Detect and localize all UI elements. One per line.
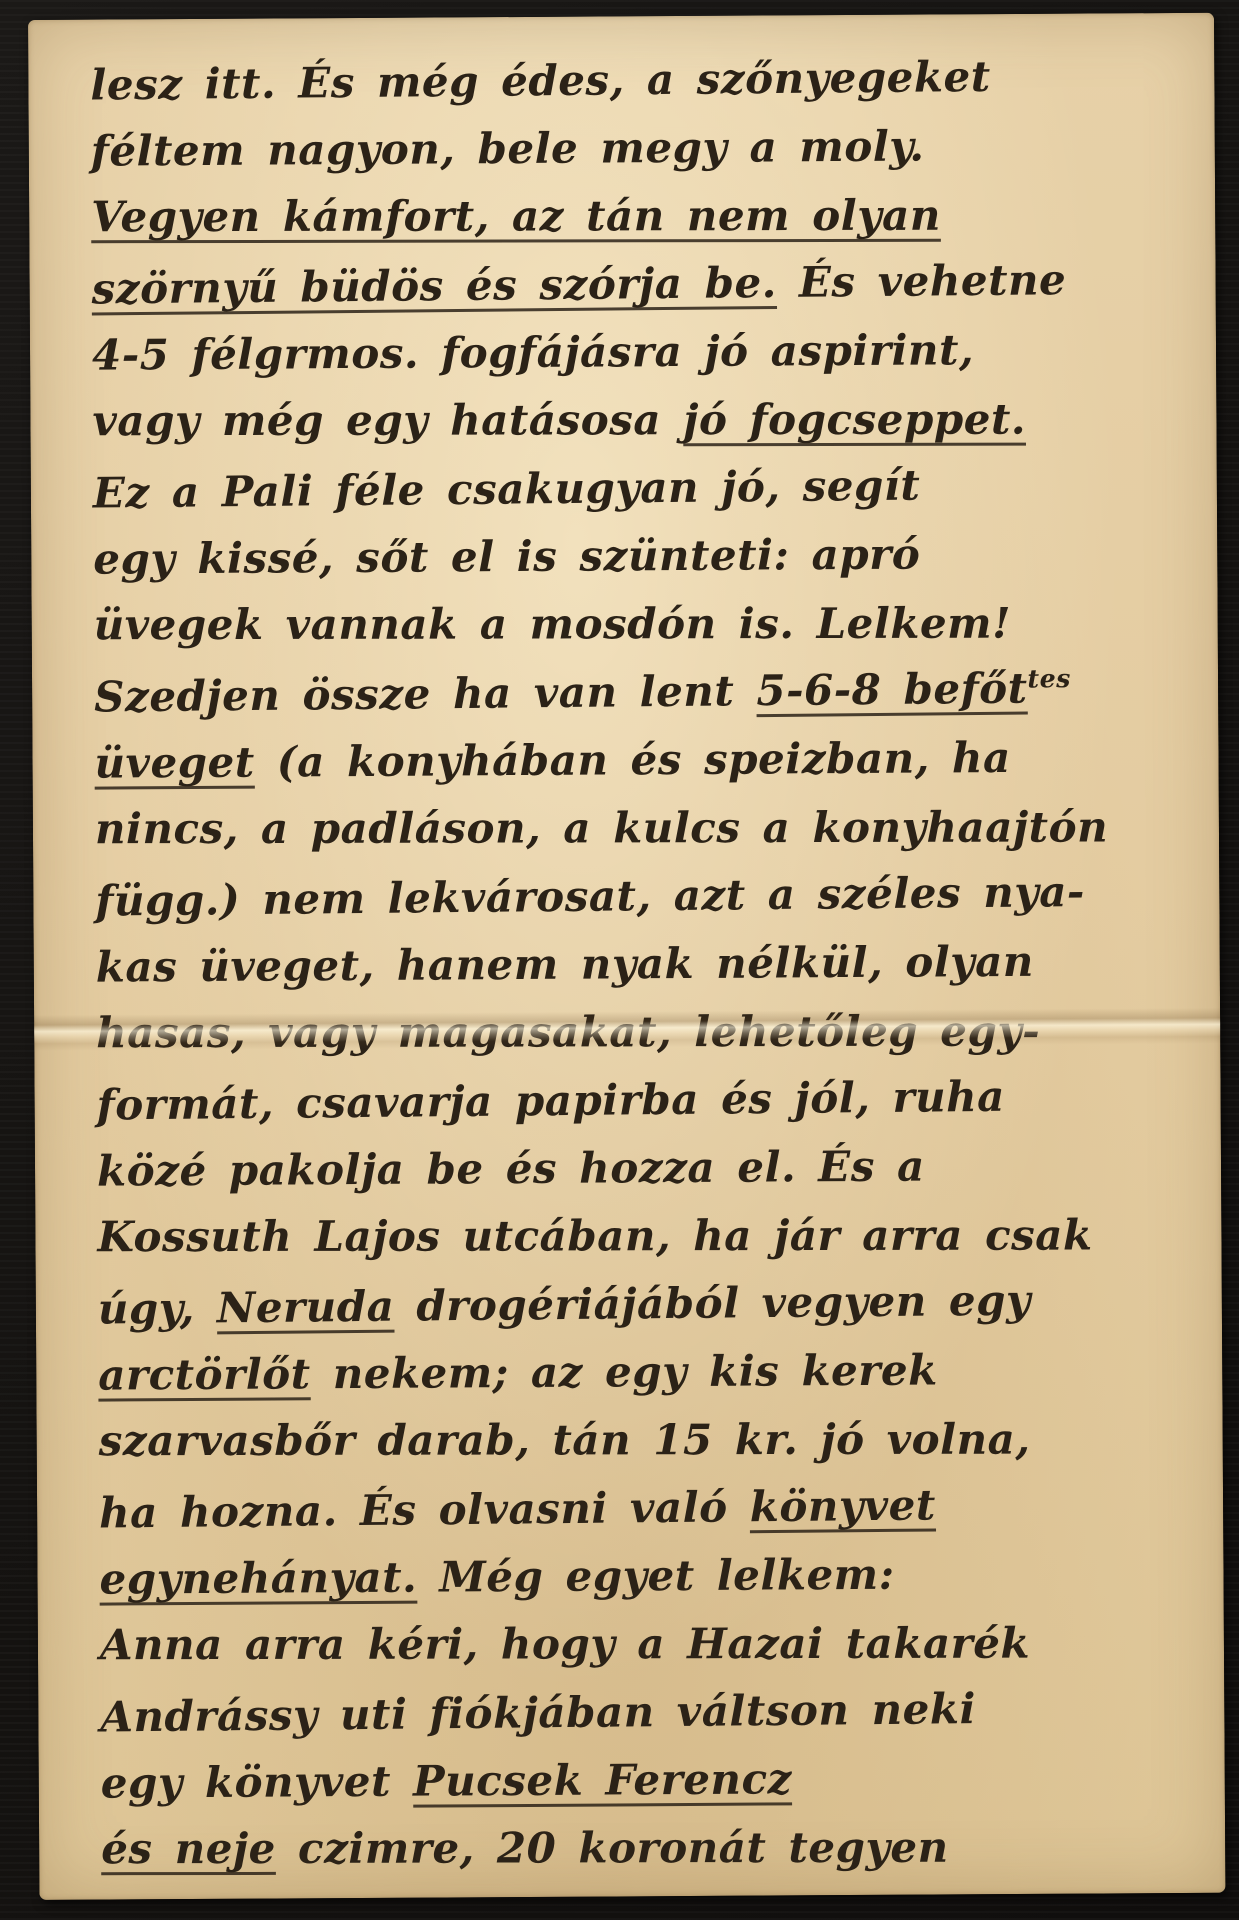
letter-text-segment: egy kissé, sőt el is szünteti: apró bbox=[93, 530, 920, 584]
letter-page: lesz itt. És még édes, a szőnyegeketfélt… bbox=[28, 13, 1225, 1900]
letter-text-segment: üvegek vannak a mosdón is. Lelkem! bbox=[94, 599, 1011, 650]
letter-text-segment: és neje bbox=[101, 1824, 276, 1873]
letter-line: Ez a Pali féle csakugyan jó, segít bbox=[93, 449, 1184, 527]
letter-text-segment: drogériájából vegyen egy bbox=[394, 1276, 1031, 1331]
letter-line: nincs, a padláson, a kulcs a konyhaajtón bbox=[95, 793, 1185, 863]
letter-text-segment: egy könyvet bbox=[101, 1757, 414, 1808]
letter-text-segment: nekem; az egy kis kerek bbox=[310, 1345, 937, 1398]
letter-line: úgy, Neruda drogériájából vegyen egy bbox=[98, 1265, 1189, 1343]
letter-text-segment: féltem nagyon, bele megy a moly. bbox=[91, 122, 925, 176]
letter-line: 4-5 félgrmos. fogfájásra jó aspirint, bbox=[92, 315, 1182, 390]
letter-text-segment: (a konyhában és speizban, ha bbox=[255, 733, 1011, 787]
letter-text-segment: könyvet bbox=[749, 1480, 936, 1531]
letter-text-segment: 4-5 félgrmos. fogfájásra jó aspirint, bbox=[92, 325, 974, 379]
letter-text-segment: közé pakolja be és hozza el. És a bbox=[97, 1142, 925, 1196]
letter-text-segment: jó fogcseppet. bbox=[683, 395, 1026, 445]
letter-line: szörnyű büdös és szórja be. És vehetne bbox=[91, 245, 1182, 323]
letter-line: ha hozna. És olvasni való könyvet bbox=[99, 1469, 1190, 1547]
letter-line: Kossuth Lajos utcában, ha jár arra csak bbox=[97, 1201, 1187, 1271]
letter-text-segment: Neruda bbox=[217, 1282, 395, 1333]
letter-line: kas üveget, hanem nyak nélkül, olyan bbox=[96, 927, 1186, 1002]
letter-text-segment: Pucsek Ferencz bbox=[413, 1754, 792, 1805]
letter-text-segment: hasas, vagy magasakat, lehetőleg egy- bbox=[96, 1007, 1040, 1058]
letter-text-segment: egynehányat. bbox=[99, 1553, 417, 1604]
letter-line: Szedjen össze ha van lent 5-6-8 befőttes bbox=[94, 653, 1185, 731]
letter-text-segment: úgy, bbox=[98, 1283, 218, 1333]
letter-lines: lesz itt. És még édes, a szőnyegeketfélt… bbox=[28, 13, 1225, 1900]
letter-text-segment: üveget bbox=[94, 738, 254, 788]
letter-line: szarvasbőr darab, tán 15 kr. jó volna, bbox=[99, 1405, 1189, 1475]
letter-text-segment: szörnyű büdös és szórja be. bbox=[91, 258, 777, 314]
letter-line: és neje czimre, 20 koronát tegyen bbox=[101, 1813, 1191, 1883]
letter-line: vagy még egy hatásosa jó fogcseppet. bbox=[92, 385, 1182, 455]
letter-line: lesz itt. És még édes, a szőnyegeket bbox=[90, 41, 1181, 119]
letter-text-segment: tes bbox=[1027, 663, 1071, 693]
letter-text-segment: formát, csavarja papirba és jól, ruha bbox=[96, 1072, 1005, 1130]
letter-line: egy kissé, sőt el is szünteti: apró bbox=[93, 519, 1183, 594]
letter-line: közé pakolja be és hozza el. És a bbox=[97, 1131, 1187, 1206]
letter-text-segment: ha hozna. És olvasni való bbox=[99, 1482, 750, 1537]
letter-line: arctörlőt nekem; az egy kis kerek bbox=[98, 1335, 1188, 1410]
letter-text-segment: Vegyen kámfort, az tán nem olyan bbox=[91, 191, 941, 241]
letter-line: egynehányat. Még egyet lelkem: bbox=[99, 1539, 1189, 1614]
letter-text-segment: Anna arra kéri, hogy a Hazai takarék bbox=[100, 1619, 1030, 1670]
letter-text-segment: Kossuth Lajos utcában, ha jár arra csak bbox=[97, 1210, 1092, 1261]
letter-line: egy könyvet Pucsek Ferencz bbox=[101, 1743, 1191, 1818]
letter-text-segment: kas üveget, hanem nyak nélkül, olyan bbox=[96, 937, 1034, 992]
letter-text-segment: vagy még egy hatásosa bbox=[92, 395, 683, 445]
letter-text-segment: lesz itt. És még édes, a szőnyegeket bbox=[90, 52, 991, 110]
letter-text-segment: És vehetne bbox=[777, 255, 1067, 307]
letter-line: Vegyen kámfort, az tán nem olyan bbox=[91, 181, 1181, 251]
letter-text-segment: arctörlőt bbox=[98, 1349, 311, 1399]
letter-text-segment: nincs, a padláson, a kulcs a konyhaajtón bbox=[95, 802, 1108, 853]
letter-line: formát, csavarja papirba és jól, ruha bbox=[96, 1061, 1187, 1139]
letter-text-segment: szarvasbőr darab, tán 15 kr. jó volna, bbox=[99, 1415, 1031, 1466]
letter-text-segment: czimre, 20 koronát tegyen bbox=[276, 1823, 949, 1873]
letter-line: függ.) nem lekvárosat, azt a széles nya- bbox=[95, 857, 1186, 935]
letter-text-segment: Még egyet lelkem: bbox=[417, 1550, 895, 1602]
letter-line: Anna arra kéri, hogy a Hazai takarék bbox=[100, 1609, 1190, 1679]
letter-text-segment: Szedjen össze ha van lent bbox=[94, 666, 757, 721]
letter-line: üveget (a konyhában és speizban, ha bbox=[94, 723, 1184, 798]
letter-text-segment: függ.) nem lekvárosat, azt a széles nya- bbox=[95, 867, 1085, 925]
letter-text-segment: 5-6-8 befőt bbox=[756, 664, 1028, 716]
letter-line: hasas, vagy magasakat, lehetőleg egy- bbox=[96, 997, 1186, 1067]
letter-line: üvegek vannak a mosdón is. Lelkem! bbox=[94, 589, 1184, 659]
letter-text-segment: Ez a Pali féle csakugyan jó, segít bbox=[93, 461, 921, 518]
letter-line: Andrássy uti fiókjában váltson neki bbox=[100, 1673, 1191, 1751]
letter-text-segment: Andrássy uti fiókjában váltson neki bbox=[100, 1684, 976, 1741]
letter-line: féltem nagyon, bele megy a moly. bbox=[91, 111, 1181, 186]
